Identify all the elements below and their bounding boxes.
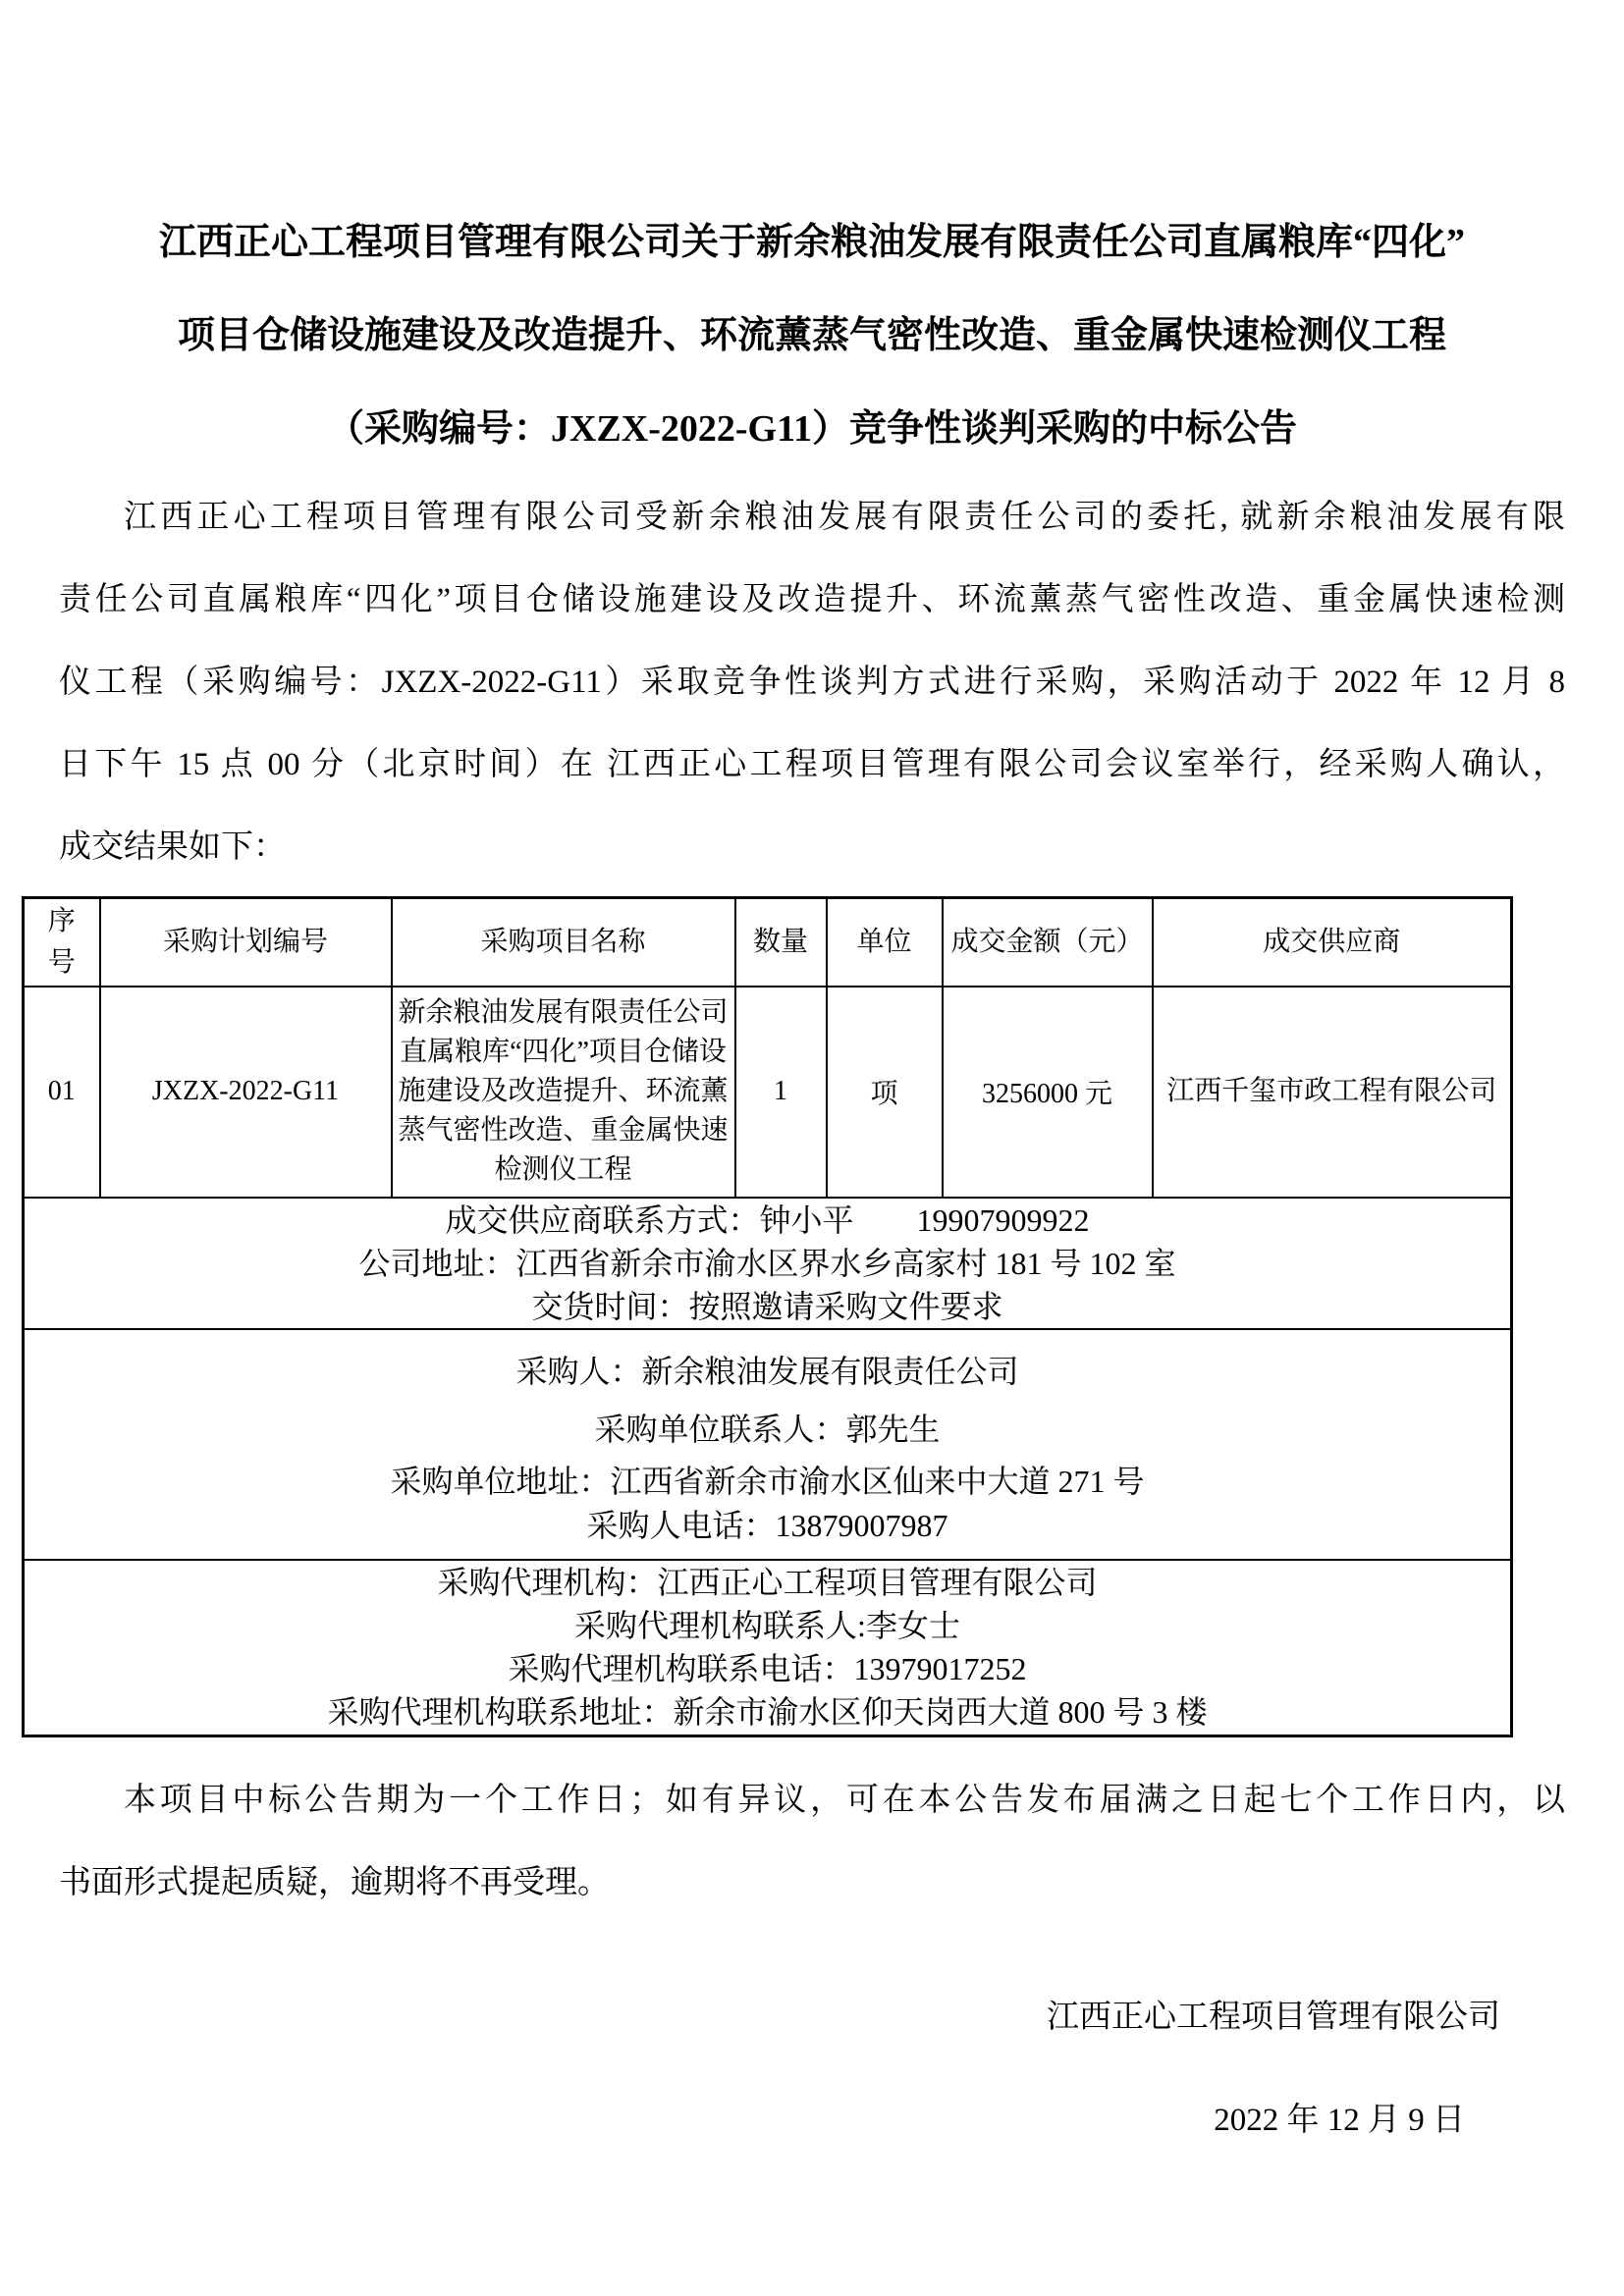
title-line-1: 江西正心工程项目管理有限公司关于新余粮油发展有限责任公司直属粮库“四化” (0, 196, 1624, 290)
announcement-document-page: 江西正心工程项目管理有限公司关于新余粮油发展有限责任公司直属粮库“四化” 项目仓… (0, 0, 1624, 2296)
table-header-row: 序号 采购计划编号 采购项目名称 数量 单位 成交金额（元） 成交供应商 (24, 898, 1512, 987)
title-line-2: 项目仓储设施建设及改造提升、环流薰蒸气密性改造、重金属快速检测仪工程 (0, 290, 1624, 383)
agency-phone-line: 采购代理机构联系电话：13979017252 (28, 1647, 1506, 1690)
header-supplier: 成交供应商 (1153, 898, 1512, 987)
agency-info-row: 采购代理机构：江西正心工程项目管理有限公司 采购代理机构联系人:李女士 采购代理… (24, 1560, 1512, 1736)
header-amount: 成交金额（元） (943, 898, 1153, 987)
supplier-contact-cell: 成交供应商联系方式：钟小平 19907909922 公司地址：江西省新余市渝水区… (24, 1198, 1512, 1329)
cell-serial-number: 01 (24, 987, 100, 1198)
cell-plan-code: JXZX-2022-G11 (100, 987, 392, 1198)
cell-quantity: 1 (735, 987, 827, 1198)
cell-unit: 项 (827, 987, 943, 1198)
cell-project-name: 新余粮油发展有限责任公司直属粮库“四化”项目仓储设施建设及改造提升、环流薰蒸气密… (392, 987, 735, 1198)
header-plan-code: 采购计划编号 (100, 898, 392, 987)
intro-line: 责任公司直属粮库“四化”项目仓储设施建设及改造提升、环流薰蒸气密性改造、重金属快… (59, 559, 1565, 641)
purchaser-info-row: 采购人：新余粮油发展有限责任公司 采购单位联系人：郭先生 采购单位地址：江西省新… (24, 1329, 1512, 1560)
agency-address-line: 采购代理机构联系地址：新余市渝水区仰天岗西大道 800 号 3 楼 (28, 1690, 1506, 1734)
delivery-time-line: 交货时间：按照邀请采购文件要求 (28, 1285, 1506, 1328)
header-serial-number: 序号 (24, 898, 100, 987)
purchaser-info-cell: 采购人：新余粮油发展有限责任公司 采购单位联系人：郭先生 采购单位地址：江西省新… (24, 1329, 1512, 1560)
purchaser-address-line: 采购单位地址：江西省新余市渝水区仙来中大道 271 号 (28, 1458, 1506, 1505)
closing-paragraph: 本项目中标公告期为一个工作日；如有异议，可在本公告发布届满之日起七个工作日内，以… (59, 1759, 1565, 1924)
signature-date: 2022 年 12 月 9 日 (0, 2081, 1624, 2160)
cell-amount: 3256000 元 (943, 987, 1153, 1198)
agency-line: 采购代理机构：江西正心工程项目管理有限公司 (28, 1561, 1506, 1604)
signature-organization: 江西正心工程项目管理有限公司 (0, 1978, 1624, 2056)
intro-line: 仪工程（采购编号：JXZX-2022-G11）采取竞争性谈判方式进行采购，采购活… (59, 641, 1565, 723)
signature-block: 江西正心工程项目管理有限公司 2022 年 12 月 9 日 (0, 1978, 1624, 2160)
cell-supplier: 江西千玺市政工程有限公司 (1153, 987, 1512, 1198)
header-unit: 单位 (827, 898, 943, 987)
header-quantity: 数量 (735, 898, 827, 987)
page-title: 江西正心工程项目管理有限公司关于新余粮油发展有限责任公司直属粮库“四化” 项目仓… (0, 0, 1624, 476)
purchaser-line: 采购人：新余粮油发展有限责任公司 (28, 1342, 1506, 1401)
supplier-contact-line: 成交供应商联系方式：钟小平 19907909922 (28, 1199, 1506, 1242)
intro-line-result: 成交结果如下： (59, 806, 1565, 888)
intro-paragraph: 江西正心工程项目管理有限公司受新余粮油发展有限责任公司的委托, 就新余粮油发展有… (59, 476, 1565, 888)
purchaser-contact-line: 采购单位联系人：郭先生 (28, 1401, 1506, 1458)
purchaser-phone-line: 采购人电话：13879007987 (28, 1505, 1506, 1546)
title-line-3: （采购编号：JXZX-2022-G11）竞争性谈判采购的中标公告 (0, 383, 1624, 476)
table-row: 01 JXZX-2022-G11 新余粮油发展有限责任公司直属粮库“四化”项目仓… (24, 987, 1512, 1198)
supplier-address-line: 公司地址：江西省新余市渝水区界水乡高家村 181 号 102 室 (28, 1242, 1506, 1285)
intro-line: 江西正心工程项目管理有限公司受新余粮油发展有限责任公司的委托, 就新余粮油发展有… (59, 476, 1565, 559)
supplier-contact-row: 成交供应商联系方式：钟小平 19907909922 公司地址：江西省新余市渝水区… (24, 1198, 1512, 1329)
agency-info-cell: 采购代理机构：江西正心工程项目管理有限公司 采购代理机构联系人:李女士 采购代理… (24, 1560, 1512, 1736)
closing-line: 本项目中标公告期为一个工作日；如有异议，可在本公告发布届满之日起七个工作日内，以 (59, 1759, 1565, 1842)
header-project-name: 采购项目名称 (392, 898, 735, 987)
agency-contact-line: 采购代理机构联系人:李女士 (28, 1604, 1506, 1647)
closing-line: 书面形式提起质疑，逾期将不再受理。 (59, 1842, 1565, 1924)
award-result-table: 序号 采购计划编号 采购项目名称 数量 单位 成交金额（元） 成交供应商 01 … (22, 896, 1513, 1737)
intro-line: 日下午 15 点 00 分（北京时间）在 江西正心工程项目管理有限公司会议室举行… (59, 723, 1565, 806)
header-serial-number-label: 序号 (46, 901, 78, 984)
